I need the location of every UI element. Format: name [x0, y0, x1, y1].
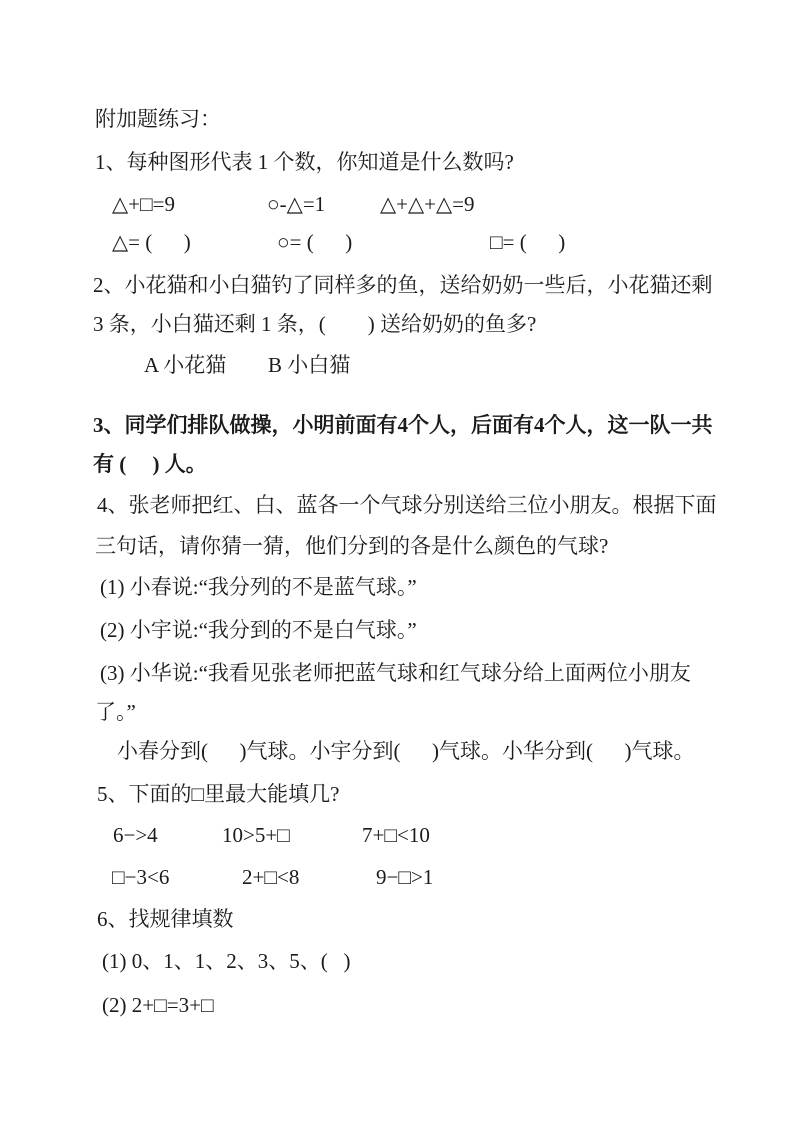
q1-answer-blank-1: △= ( ) — [112, 229, 191, 255]
question-4-line1: 4、张老师把红、白、蓝各一个气球分别送给三位小朋友。根据下面 — [0, 492, 793, 518]
q1-answer-blank-3: □= ( ) — [490, 229, 565, 255]
q5-item-1: 6−>4 — [113, 822, 158, 848]
question-3-line2: 有 ( ) 人。 — [0, 451, 793, 477]
q1-equation-1: △+□=9 — [112, 191, 175, 217]
q2-option-b: B 小白猫 — [268, 352, 350, 378]
q4-statement-3-continued: 了。” — [0, 699, 793, 725]
question-4-line2: 三句话，请你猜一猜，他们分到的各是什么颜色的气球? — [0, 533, 793, 559]
q5-item-2: 10>5+□ — [222, 822, 290, 848]
q5-item-3: 7+□<10 — [362, 822, 430, 848]
q1-equation-3: △+△+△=9 — [380, 191, 474, 217]
q2-options-row: A 小花猫 B 小白猫 — [0, 352, 793, 456]
worksheet-page: 附加题练习： 1、每种图形代表 1 个数，你知道是什么数吗? △+□=9 ○-△… — [0, 0, 793, 1122]
q4-fill-blanks-line: 小春分到( )气球。小宇分到( )气球。小华分到( )气球。 — [0, 738, 793, 764]
q6-item-1: (1) 0、1、1、2、3、5、( ) — [0, 948, 793, 974]
question-5-text: 5、下面的□里最大能填几? — [0, 781, 793, 807]
question-3-line1: 3、同学们排队做操，小明前面有4个人，后面有4个人，这一队一共 — [0, 412, 793, 438]
q1-equation-2: ○-△=1 — [267, 191, 325, 217]
worksheet-title: 附加题练习： — [0, 106, 793, 132]
q2-option-a: A 小花猫 — [144, 352, 226, 378]
q6-item-2: (2) 2+□=3+□ — [0, 992, 793, 1018]
question-2-line1: 2、小花猫和小白猫钓了同样多的鱼，送给奶奶一些后，小花猫还剩 — [0, 272, 793, 298]
q4-statement-2: (2) 小宇说:“我分到的不是白气球。” — [0, 617, 793, 643]
question-1-text: 1、每种图形代表 1 个数，你知道是什么数吗? — [0, 149, 793, 175]
question-2-line2: 3 条，小白猫还剩 1 条，( ) 送给奶奶的鱼多? — [0, 311, 793, 337]
q4-statement-1: (1) 小春说:“我分列的不是蓝气球。” — [0, 574, 793, 600]
q5-item-5: 2+□<8 — [242, 864, 299, 890]
q5-item-6: 9−□>1 — [376, 864, 433, 890]
q1-answer-blank-2: ○= ( ) — [277, 229, 352, 255]
q5-item-4: □−3<6 — [112, 864, 169, 890]
q4-statement-3: (3) 小华说:“我看见张老师把蓝气球和红气球分给上面两位小朋友 — [0, 660, 793, 686]
question-6-text: 6、找规律填数 — [0, 906, 793, 932]
